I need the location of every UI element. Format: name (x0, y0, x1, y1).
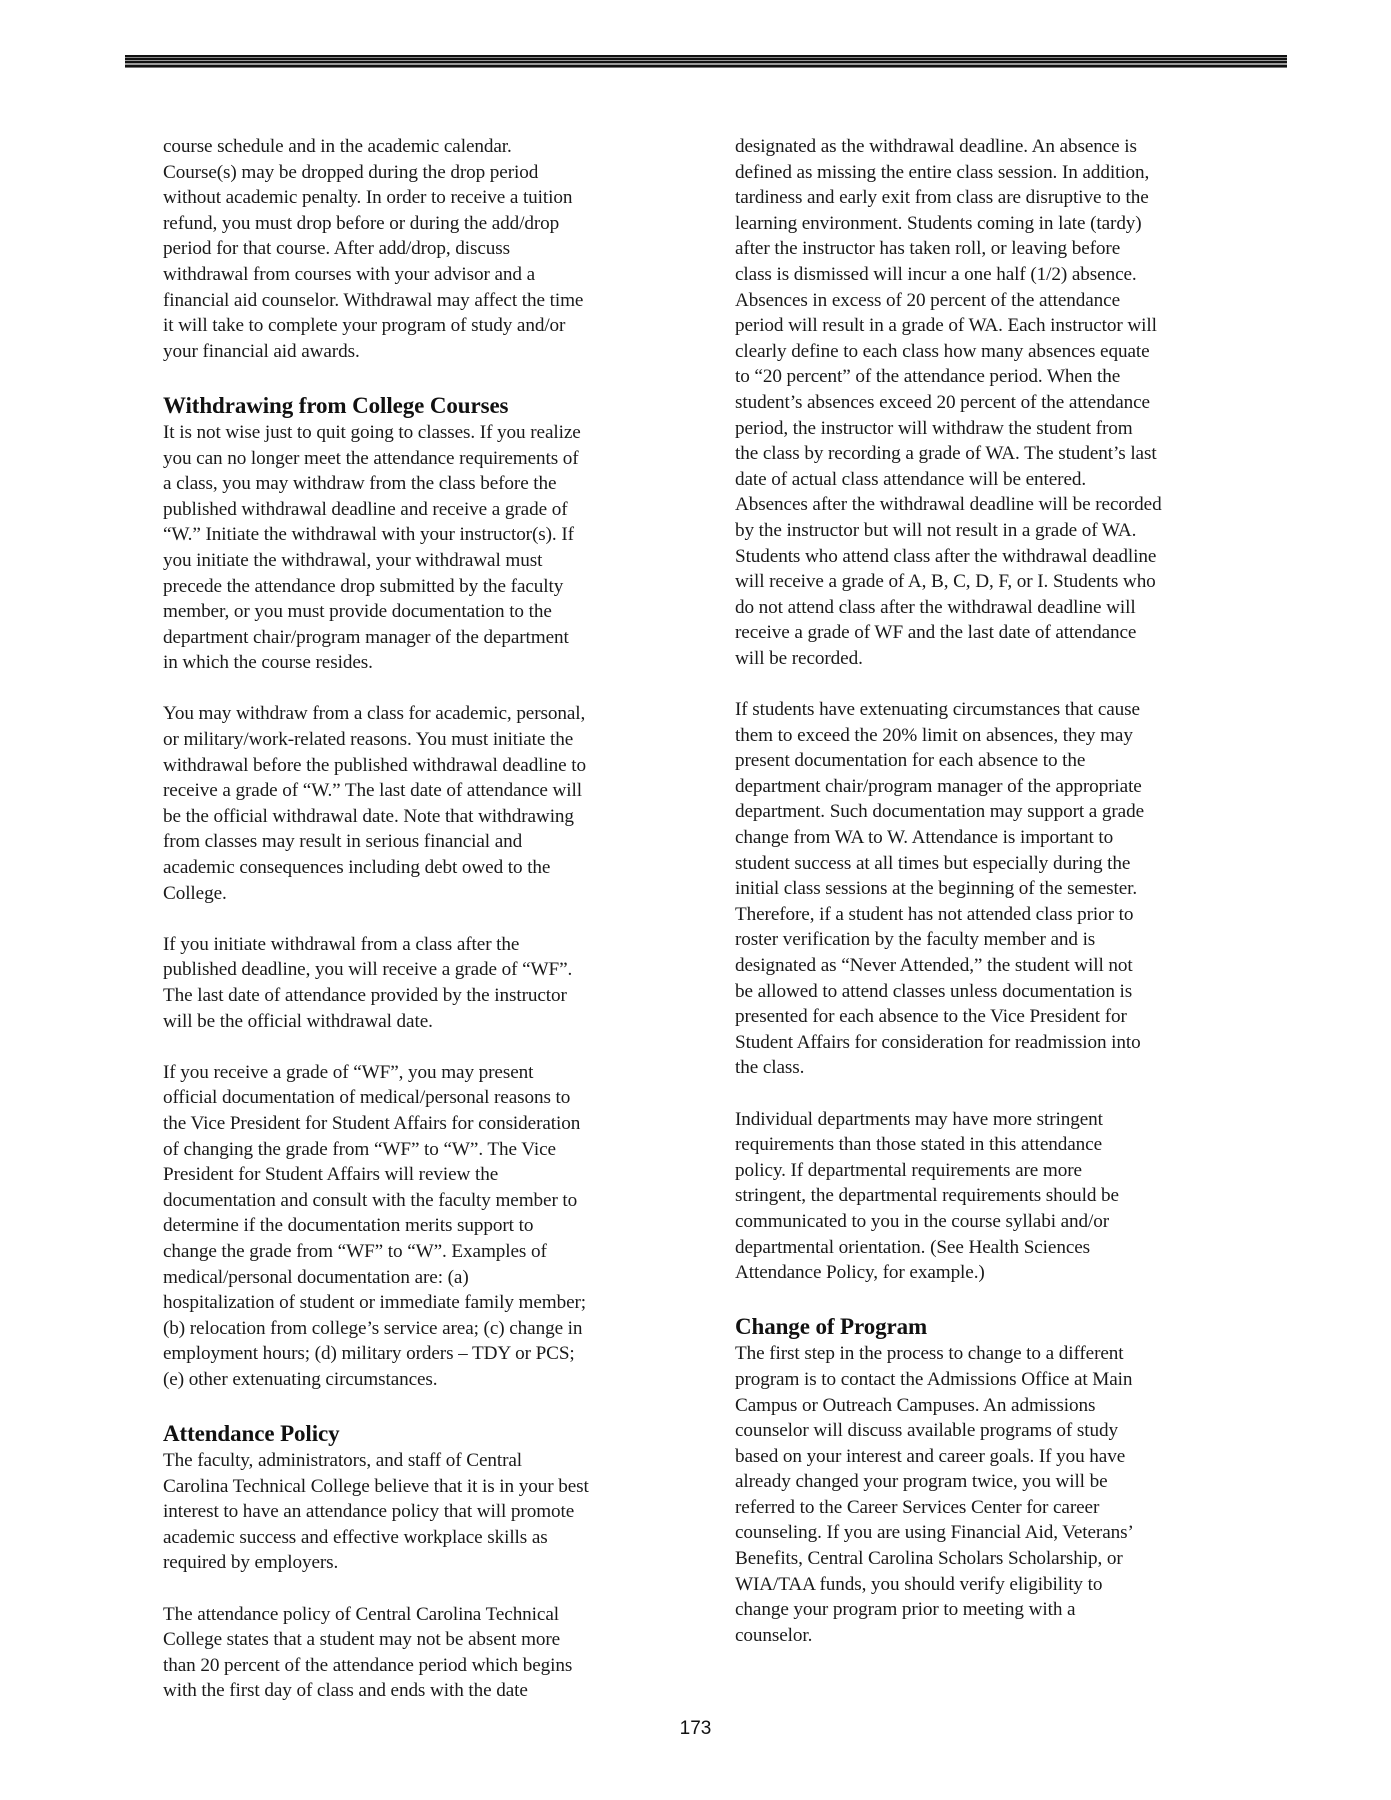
section-withdrawing: Withdrawing from College Courses It is n… (163, 390, 653, 1393)
text-line: If you initiate withdrawal from a class … (163, 932, 653, 958)
text-line: designated as “Never Attended,” the stud… (735, 953, 1235, 979)
text-line: “W.” Initiate the withdrawal with your i… (163, 522, 653, 548)
text-line: period for that course. After add/drop, … (163, 236, 653, 262)
text-line: College states that a student may not be… (163, 1627, 653, 1653)
text-line: will be recorded. (735, 646, 1235, 672)
text-line: roster verification by the faculty membe… (735, 927, 1235, 953)
paragraph: Individual departments may have more str… (735, 1107, 1235, 1286)
text-line: student success at all times but especia… (735, 851, 1235, 877)
text-line: withdrawal before the published withdraw… (163, 753, 653, 779)
text-line: learning environment. Students coming in… (735, 211, 1235, 237)
text-line: (b) relocation from college’s service ar… (163, 1316, 653, 1342)
text-line: precede the attendance drop submitted by… (163, 574, 653, 600)
text-line: Absences after the withdrawal deadline w… (735, 492, 1235, 518)
paragraph: If you receive a grade of “WF”, you may … (163, 1060, 653, 1393)
text-line: by the instructor but will not result in… (735, 518, 1235, 544)
paragraph: If you initiate withdrawal from a class … (163, 932, 653, 1034)
text-line: Campus or Outreach Campuses. An admissio… (735, 1393, 1235, 1419)
paragraph: It is not wise just to quit going to cla… (163, 420, 653, 676)
text-line: from classes may result in serious finan… (163, 829, 653, 855)
text-line: tardiness and early exit from class are … (735, 185, 1235, 211)
section-attendance-policy: Attendance Policy The faculty, administr… (163, 1418, 653, 1704)
text-line: academic success and effective workplace… (163, 1525, 653, 1551)
text-line: period, the instructor will withdraw the… (735, 416, 1235, 442)
text-line: The attendance policy of Central Carolin… (163, 1602, 653, 1628)
text-line: of changing the grade from “WF” to “W”. … (163, 1137, 653, 1163)
text-line: referred to the Career Services Center f… (735, 1495, 1235, 1521)
text-line: will receive a grade of A, B, C, D, F, o… (735, 569, 1235, 595)
text-line: counselor. (735, 1623, 1235, 1649)
text-line: Carolina Technical College believe that … (163, 1474, 653, 1500)
text-line: designated as the withdrawal deadline. A… (735, 134, 1235, 160)
text-line: It is not wise just to quit going to cla… (163, 420, 653, 446)
text-line: presented for each absence to the Vice P… (735, 1004, 1235, 1030)
page-number: 173 (0, 1718, 1391, 1740)
text-line: change the grade from “WF” to “W”. Examp… (163, 1239, 653, 1265)
text-line: Students who attend class after the with… (735, 544, 1235, 570)
header-rule (125, 55, 1287, 69)
text-line: The first step in the process to change … (735, 1341, 1235, 1367)
text-line: do not attend class after the withdrawal… (735, 595, 1235, 621)
paragraph: The first step in the process to change … (735, 1341, 1235, 1648)
section-heading: Withdrawing from College Courses (163, 390, 653, 420)
text-line: financial aid counselor. Withdrawal may … (163, 288, 653, 314)
text-line: student’s absences exceed 20 percent of … (735, 390, 1235, 416)
text-line: Individual departments may have more str… (735, 1107, 1235, 1133)
text-line: the Vice President for Student Affairs f… (163, 1111, 653, 1137)
text-line: You may withdraw from a class for academ… (163, 701, 653, 727)
text-line: without academic penalty. In order to re… (163, 185, 653, 211)
text-line: medical/personal documentation are: (a) (163, 1265, 653, 1291)
section-attendance-policy-continued: designated as the withdrawal deadline. A… (735, 134, 1235, 1286)
text-line: requirements than those stated in this a… (735, 1132, 1235, 1158)
text-line: departmental orientation. (See Health Sc… (735, 1235, 1235, 1261)
text-line: Attendance Policy, for example.) (735, 1260, 1235, 1286)
text-line: them to exceed the 20% limit on absences… (735, 723, 1235, 749)
text-line: receive a grade of WF and the last date … (735, 620, 1235, 646)
text-line: If you receive a grade of “WF”, you may … (163, 1060, 653, 1086)
text-line: determine if the documentation merits su… (163, 1213, 653, 1239)
text-line: stringent, the departmental requirements… (735, 1183, 1235, 1209)
text-line: change your program prior to meeting wit… (735, 1597, 1235, 1623)
text-line: employment hours; (d) military orders – … (163, 1341, 653, 1367)
text-line: If students have extenuating circumstanc… (735, 697, 1235, 723)
text-line: counseling. If you are using Financial A… (735, 1520, 1235, 1546)
text-line: documentation and consult with the facul… (163, 1188, 653, 1214)
text-line: refund, you must drop before or during t… (163, 211, 653, 237)
text-line: already changed your program twice, you … (735, 1469, 1235, 1495)
text-line: counselor will discuss available program… (735, 1418, 1235, 1444)
text-line: required by employers. (163, 1550, 653, 1576)
text-line: based on your interest and career goals.… (735, 1444, 1235, 1470)
text-line: program is to contact the Admissions Off… (735, 1367, 1235, 1393)
text-line: department. Such documentation may suppo… (735, 799, 1235, 825)
text-line: than 20 percent of the attendance period… (163, 1653, 653, 1679)
text-line: a class, you may withdraw from the class… (163, 471, 653, 497)
text-line: course schedule and in the academic cale… (163, 134, 653, 160)
paragraph: If students have extenuating circumstanc… (735, 697, 1235, 1081)
text-line: department chair/program manager of the … (163, 625, 653, 651)
text-line: change from WA to W. Attendance is impor… (735, 825, 1235, 851)
text-line: Course(s) may be dropped during the drop… (163, 160, 653, 186)
text-line: interest to have an attendance policy th… (163, 1499, 653, 1525)
text-line: Student Affairs for consideration for re… (735, 1030, 1235, 1056)
text-line: The faculty, administrators, and staff o… (163, 1448, 653, 1474)
paragraph: designated as the withdrawal deadline. A… (735, 134, 1235, 671)
text-line: member, or you must provide documentatio… (163, 599, 653, 625)
text-line: after the instructor has taken roll, or … (735, 236, 1235, 262)
text-line: the class by recording a grade of WA. Th… (735, 441, 1235, 467)
text-line: published deadline, you will receive a g… (163, 957, 653, 983)
text-line: it will take to complete your program of… (163, 313, 653, 339)
text-line: be the official withdrawal date. Note th… (163, 804, 653, 830)
text-line: be allowed to attend classes unless docu… (735, 979, 1235, 1005)
text-line: date of actual class attendance will be … (735, 467, 1235, 493)
text-line: period will result in a grade of WA. Eac… (735, 313, 1235, 339)
paragraph: The faculty, administrators, and staff o… (163, 1448, 653, 1576)
text-line: academic consequences including debt owe… (163, 855, 653, 881)
text-line: Benefits, Central Carolina Scholars Scho… (735, 1546, 1235, 1572)
paragraph: You may withdraw from a class for academ… (163, 701, 653, 906)
text-line: class is dismissed will incur a one half… (735, 262, 1235, 288)
text-line: your financial aid awards. (163, 339, 653, 365)
text-line: College. (163, 881, 653, 907)
text-line: policy. If departmental requirements are… (735, 1158, 1235, 1184)
text-line: receive a grade of “W.” The last date of… (163, 778, 653, 804)
text-line: hospitalization of student or immediate … (163, 1290, 653, 1316)
intro-paragraph: course schedule and in the academic cale… (163, 134, 653, 364)
text-line: official documentation of medical/person… (163, 1085, 653, 1111)
text-line: President for Student Affairs will revie… (163, 1162, 653, 1188)
text-line: communicated to you in the course syllab… (735, 1209, 1235, 1235)
text-line: initial class sessions at the beginning … (735, 876, 1235, 902)
text-line: WIA/TAA funds, you should verify eligibi… (735, 1572, 1235, 1598)
text-line: (e) other extenuating circumstances. (163, 1367, 653, 1393)
text-line: will be the official withdrawal date. (163, 1009, 653, 1035)
text-line: published withdrawal deadline and receiv… (163, 497, 653, 523)
text-line: defined as missing the entire class sess… (735, 160, 1235, 186)
text-line: you can no longer meet the attendance re… (163, 446, 653, 472)
text-line: department chair/program manager of the … (735, 774, 1235, 800)
text-line: in which the course resides. (163, 650, 653, 676)
text-line: or military/work-related reasons. You mu… (163, 727, 653, 753)
text-line: clearly define to each class how many ab… (735, 339, 1235, 365)
paragraph: The attendance policy of Central Carolin… (163, 1602, 653, 1704)
section-change-of-program: Change of Program The first step in the … (735, 1311, 1235, 1648)
right-column: designated as the withdrawal deadline. A… (735, 134, 1235, 1674)
text-line: Therefore, if a student has not attended… (735, 902, 1235, 928)
text-line: Absences in excess of 20 percent of the … (735, 288, 1235, 314)
text-line: The last date of attendance provided by … (163, 983, 653, 1009)
text-line: present documentation for each absence t… (735, 748, 1235, 774)
text-line: the class. (735, 1055, 1235, 1081)
text-line: with the first day of class and ends wit… (163, 1678, 653, 1704)
section-heading: Attendance Policy (163, 1418, 653, 1448)
header-rule-line (125, 67, 1287, 68)
text-line: to “20 percent” of the attendance period… (735, 364, 1235, 390)
left-column: course schedule and in the academic cale… (163, 134, 653, 1730)
text-line: you initiate the withdrawal, your withdr… (163, 548, 653, 574)
section-heading: Change of Program (735, 1311, 1235, 1341)
text-line: withdrawal from courses with your adviso… (163, 262, 653, 288)
